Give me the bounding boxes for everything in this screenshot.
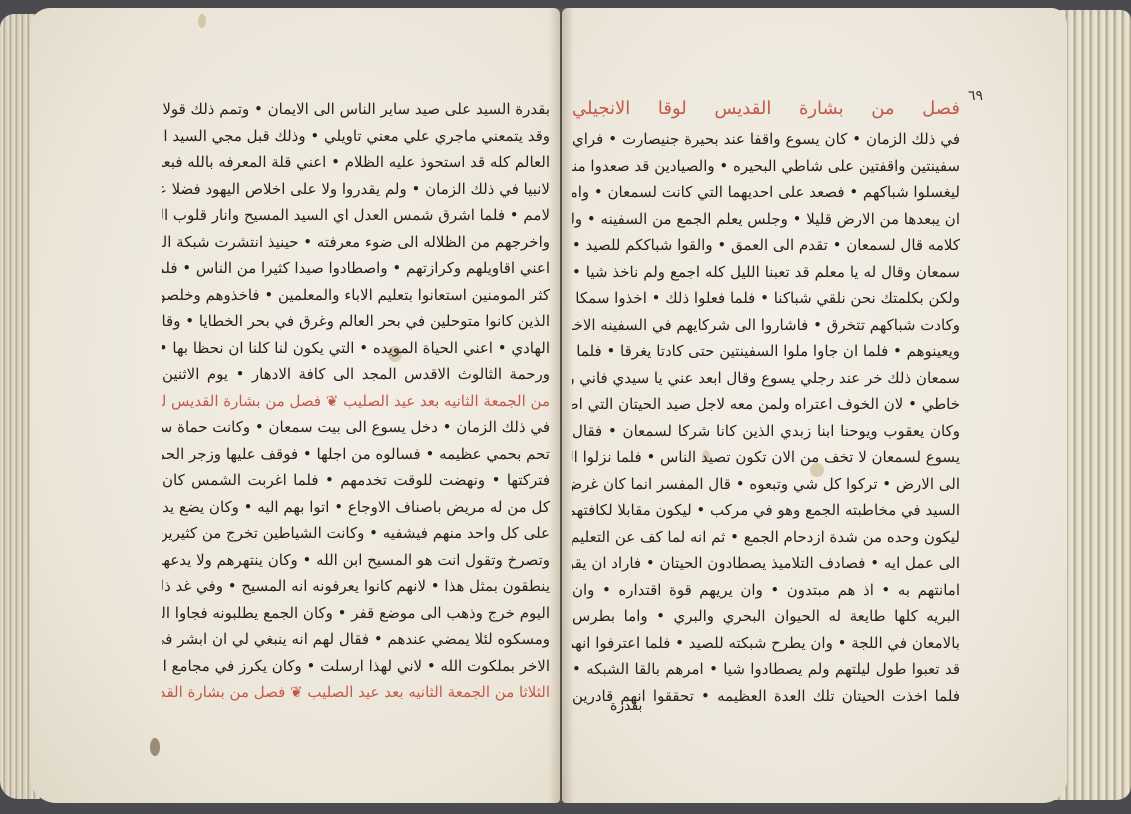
text-line: العالم كله قد استحوذ عليه الظلام • اعني … [162, 149, 550, 176]
rubric-heading: من الجمعة الثانيه بعد عيد الصليب ❦ فصل م… [162, 388, 550, 415]
text-line: قد تعبوا طول ليلتهم ولم يصطادوا شيا • ام… [572, 656, 960, 683]
text-line: الاخر بملكوت الله • لاني لهذا ارسلت • وك… [162, 653, 550, 680]
text-line: الذين كانوا متوحلين في بحر العالم وغرق ف… [162, 308, 550, 335]
text-line: تحم بحمي عظيمه • فسالوه من اجلها • فوقف … [162, 441, 550, 468]
text-line: سمعان وقال له يا معلم قد تعبنا الليل كله… [572, 259, 960, 286]
text-line: كلامه قال لسمعان • تقدم الى العمق • والق… [572, 232, 960, 259]
book-gutter [548, 8, 574, 803]
text-line: خاطي • لان الخوف اعتراه ولمن معه لاجل صي… [572, 391, 960, 418]
text-line: الى عمل ايه • فصادف التلاميذ يصطادون الح… [572, 550, 960, 577]
ink-stain [198, 14, 206, 28]
text-line: فتركتها • ونهضت للوقت تخدمهم • فلما اغرب… [162, 467, 550, 494]
text-line: البريه كلها طايعة له الحيوان البحري والب… [572, 603, 960, 630]
text-line: يسوع لسمعان لا تخف من الان تكون تصيد الن… [572, 444, 960, 471]
right-page-text: فصل من بشارة القديس لوقا الانجيلي في ذلك… [572, 92, 960, 709]
text-line: اعني اقاويلهم وكرازتهم • واصطادوا صيدا ك… [162, 255, 550, 282]
chapter-heading: فصل من بشارة القديس لوقا الانجيلي [572, 92, 960, 126]
catchword: بقدرة [610, 698, 642, 714]
text-line: ليغسلوا شباكهم • فصعد على احديهما التي ك… [572, 179, 960, 206]
text-line: الهادي • اعني الحياة المويده • التي يكون… [162, 335, 550, 362]
text-line: كل من له مريض باصناف الاوجاع • اتوا بهم … [162, 494, 550, 521]
text-line: بالامعان في اللجة • وان يطرح شبكته للصيد… [572, 630, 960, 657]
ink-stain [150, 738, 160, 756]
text-line: ولكن بكلمتك نحن نلقي شباكنا • فلما فعلوا… [572, 285, 960, 312]
page-number: ٦٩ [968, 88, 983, 104]
left-page-text: بقدرة السيد على صيد ساير الناس الى الايم… [162, 96, 550, 706]
text-line: ينطقون بمثل هذا • لانهم كانوا يعرفونه ان… [162, 573, 550, 600]
text-line: كثر المومنين استعانوا بتعليم الاباء والم… [162, 282, 550, 309]
rubric-heading: الثلاثا من الجمعة الثانيه بعد عيد الصليب… [162, 679, 550, 706]
text-line: وكان يعقوب ويوحنا ابنا زبدي الذين كانا ش… [572, 418, 960, 445]
text-line: ان يبعدها من الارض قليلا • وجلس يعلم الج… [572, 206, 960, 233]
text-line: الى الارض • تركوا كل شي وتبعوه • قال الم… [572, 471, 960, 498]
text-line: امانتهم به • اذ هم مبتدون • وان يريهم قو… [572, 577, 960, 604]
text-line: ورحمة الثالوث الاقدس المجد الى كافة الاد… [162, 361, 550, 388]
text-line: ليكون وحده من شدة ازدحام الجمع • ثم انه … [572, 524, 960, 551]
open-book: بقدرة السيد على صيد ساير الناس الى الايم… [0, 0, 1131, 814]
text-line: ويعينوهم • فلما ان جاوا ملوا السفينتين ح… [572, 338, 960, 365]
text-line: لانبيا في ذلك الزمان • ولم يقدروا ولا عل… [162, 176, 550, 203]
text-line: على كل واحد منهم فيشفيه • وكانت الشياطين… [162, 520, 550, 547]
text-line: سمعان ذلك خر عند رجلي يسوع وقال ابعد عني… [572, 365, 960, 392]
text-line: وتصرخ وتقول انت هو المسيح ابن الله • وكا… [162, 547, 550, 574]
text-line: وكادت شباكهم تتخرق • فاشاروا الى شركايهم… [572, 312, 960, 339]
text-line: في ذلك الزمان • دخل يسوع الى بيت سمعان •… [162, 414, 550, 441]
text-line: بقدرة السيد على صيد ساير الناس الى الايم… [162, 96, 550, 123]
text-line: وقد يتمعني ماجري علي معني تاويلي • وذلك … [162, 123, 550, 150]
text-line: ومسكوه لئلا يمضي عندهم • فقال لهم انه ين… [162, 626, 550, 653]
text-line: سفينتين واقفتين على شاطي البحيره • والصي… [572, 153, 960, 180]
text-line: في ذلك الزمان • كان يسوع واقفا عند بحيرة… [572, 126, 960, 153]
text-line: لامم • فلما اشرق شمس العدل اي السيد المس… [162, 202, 550, 229]
text-line: السيد في مخاطبته الجمع وهو في مركب • ليك… [572, 497, 960, 524]
text-line: واخرجهم من الظلاله الى ضوء معرفته • حيني… [162, 229, 550, 256]
text-line: اليوم خرج وذهب الى موضع قفر • وكان الجمع… [162, 600, 550, 627]
